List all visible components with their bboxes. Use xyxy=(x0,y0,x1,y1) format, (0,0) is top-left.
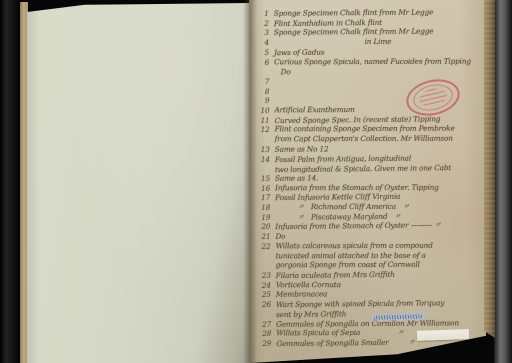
entry-number: 26 xyxy=(256,300,276,320)
entry-number: 7 xyxy=(254,77,274,87)
scanned-book-photo: 1 Sponge Specimen Chalk flint from Mr Le… xyxy=(0,0,512,363)
book-fore-edge xyxy=(484,0,495,352)
catalogue-entry-row: 2 Flint Xanthidium in Chalk flint xyxy=(254,17,482,28)
entry-number: 23 xyxy=(256,271,276,281)
entry-number: 13 xyxy=(255,145,275,155)
entry-number: 28 xyxy=(256,329,276,339)
entry-number: 20 xyxy=(255,222,275,232)
background-left-band xyxy=(0,0,21,363)
entry-number: 22 xyxy=(255,242,275,271)
entry-number: 9 xyxy=(254,96,274,106)
catalogue-entry-row: 18 〃 Richmond Cliff America 〃 xyxy=(255,201,483,212)
entry-number: 15 xyxy=(255,174,275,184)
entry-number: 27 xyxy=(256,319,276,329)
catalogue-entry-row: 24 Vorticella Cornuta xyxy=(256,279,484,290)
entry-number: 17 xyxy=(255,193,275,203)
entry-number: 8 xyxy=(254,86,274,96)
entry-number: 10 xyxy=(254,106,274,116)
blue-ink-annotation xyxy=(371,312,425,321)
blue-ink-squiggle xyxy=(374,314,422,319)
entry-number: 6 xyxy=(254,57,274,77)
entry-number: 11 xyxy=(255,115,275,125)
entry-number: 16 xyxy=(255,183,275,193)
entry-text: Flint containing Sponge Specimen from Pe… xyxy=(275,124,483,144)
background-right-strip xyxy=(494,0,512,363)
entry-text: Willats calcareous spicula from a compou… xyxy=(276,240,484,270)
entry-number: 14 xyxy=(255,154,275,174)
blank-left-page xyxy=(27,3,249,363)
left-page-edge xyxy=(20,2,28,363)
entry-number: 24 xyxy=(256,280,276,290)
entry-text: Flint Xanthidium in Chalk flint xyxy=(274,16,482,28)
entry-number: 29 xyxy=(256,339,276,349)
entry-text: Vorticella Cornuta xyxy=(276,279,484,289)
entry-text: Curious Sponge Spicula, named Fucoides f… xyxy=(274,56,482,76)
catalogue-entry-row: 14 Fossil Palm from Antigua, longitudina… xyxy=(255,153,483,174)
entry-number: 18 xyxy=(255,203,275,213)
catalogue-right-page: 1 Sponge Specimen Chalk flint from Mr Le… xyxy=(249,0,488,363)
entry-number: 25 xyxy=(256,290,276,300)
entry-text: 〃 Richmond Cliff America 〃 xyxy=(275,202,483,212)
entry-number: 21 xyxy=(255,232,275,242)
blank-paper-label xyxy=(417,329,469,341)
entry-number: 19 xyxy=(255,213,275,223)
entry-text: Fossil Palm from Antigua, longitudinal t… xyxy=(275,152,483,174)
handwritten-entry-list: 1 Sponge Specimen Chalk flint from Mr Le… xyxy=(254,7,485,348)
entry-number: 12 xyxy=(255,125,275,145)
catalogue-entry-row: 12 Flint containing Sponge Specimen from… xyxy=(255,124,483,145)
book-gutter-shadow xyxy=(243,0,257,363)
catalogue-entry-row: 6 Curious Sponge Spicula, named Fucoides… xyxy=(254,56,482,77)
catalogue-entry-row: 22 Willats calcareous spicula from a com… xyxy=(255,240,483,271)
